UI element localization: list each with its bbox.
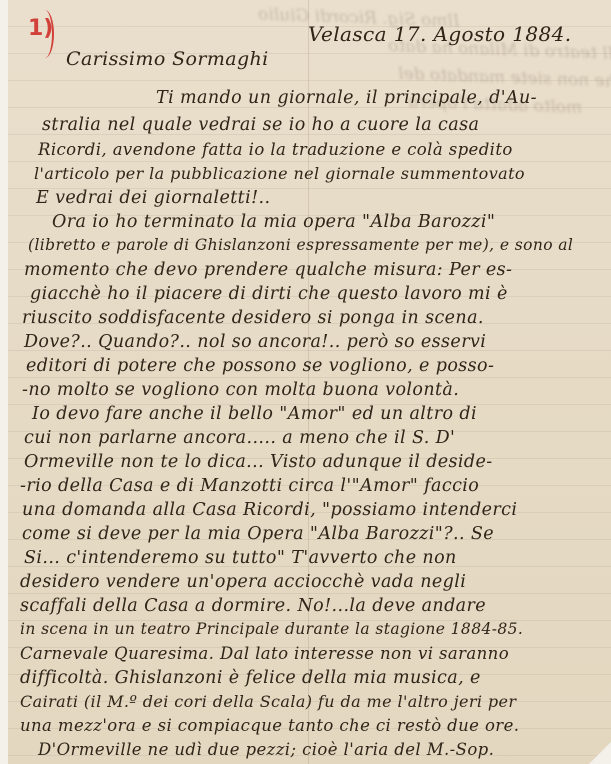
letter-line: in scena in un teatro Principale durante…: [20, 620, 611, 638]
archive-bracket-icon: [36, 10, 54, 58]
letter-line: E vedrai dei giornaletti!..: [36, 188, 611, 208]
salutation: Carissimo Sormaghi: [66, 48, 611, 70]
letter-line: una domanda alla Casa Ricordi, "possiamo…: [22, 500, 611, 520]
letter-line: giacchè ho il piacere di dirti che quest…: [30, 284, 611, 304]
letter-line: l'articolo per la pubblicazione nel gior…: [34, 164, 611, 183]
letter-line: scaffali della Casa a dormire. No!...la …: [20, 596, 611, 616]
letter-line: Si... c'intenderemo su tutto" T'avverto …: [24, 548, 611, 568]
letter-line: (libretto e parole di Ghislanzoni espres…: [28, 236, 611, 254]
letter-line: Ti mando un giornale, il principale, d'A…: [156, 88, 611, 108]
letter-line: come si deve per la mia Opera "Alba Baro…: [22, 524, 611, 544]
archive-number-mark: 1): [26, 10, 56, 60]
letter-line: stralia nel quale vedrai se io ho a cuor…: [42, 115, 611, 135]
letter-line: riuscito soddisfacente desidero si ponga…: [22, 308, 611, 328]
letter-line: cui non parlarne ancora..... a meno che …: [24, 428, 611, 448]
letter-line: editori di potere che possono se voglion…: [26, 356, 611, 376]
letter-line: Ormeville non te lo dica... Visto adunqu…: [24, 452, 611, 472]
letter-line: desidero vendere un'opera acciocchè vada…: [20, 572, 611, 592]
letter-line: D'Ormeville ne udì due pezzi; cioè l'ari…: [38, 740, 611, 759]
letter-line: momento che devo prendere qualche misura…: [24, 260, 611, 280]
place-date: Velasca 17. Agosto 1884.: [308, 22, 611, 46]
letter-line: difficoltà. Ghislanzoni è felice della m…: [20, 668, 611, 688]
letter-line: -no molto se vogliono con molta buona vo…: [22, 380, 611, 400]
letter-line: Dove?.. Quando?.. nol so ancora!.. però …: [24, 332, 611, 352]
letter-line: Io devo fare anche il bello "Amor" ed un…: [32, 404, 611, 424]
letter-line: Cairati (il M.º dei cori della Scala) fu…: [20, 692, 611, 711]
letter-line: una mezz'ora e si compiacque tanto che c…: [20, 716, 611, 735]
letter-line: Ora io ho terminato la mia opera "Alba B…: [52, 212, 611, 232]
letter-line: Carnevale Quaresima. Dal lato interesse …: [20, 644, 611, 663]
letter-line: Ricordi, avendone fatta io la traduzione…: [38, 140, 611, 159]
letter-sheet: Ilmo Sig. Ricordi Giulio Il teatro di Mi…: [8, 0, 611, 764]
letter-line: -rio della Casa e di Manzotti circa l'"A…: [20, 476, 611, 496]
